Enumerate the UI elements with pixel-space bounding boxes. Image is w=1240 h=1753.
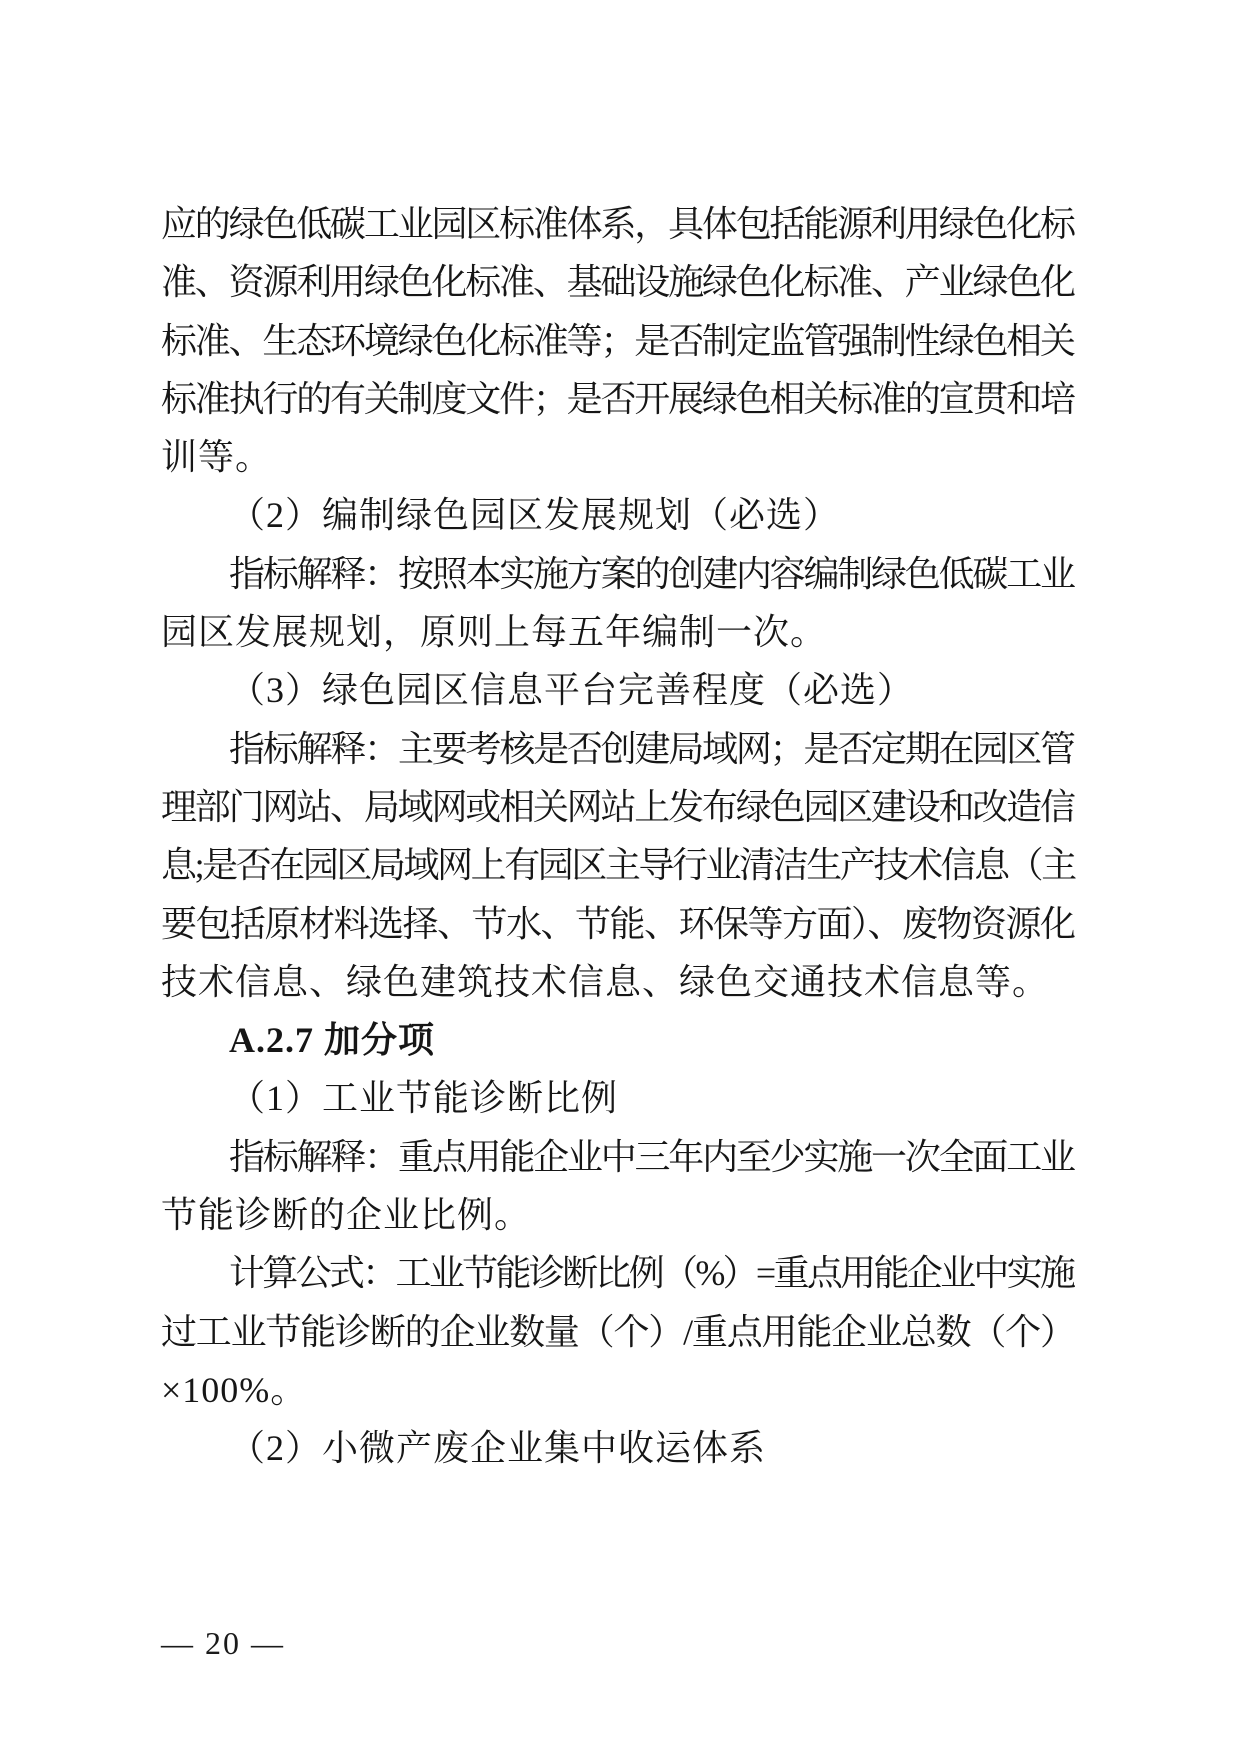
document-page: 应的绿色低碳工业园区标准体系，具体包括能源利用绿色化标准、资源利用绿色化标准、基…	[0, 0, 1240, 1753]
text-line: ×100%。	[161, 1361, 1073, 1419]
text-line: （1）工业节能诊断比例	[161, 1069, 1073, 1127]
text-line: （3）绿色园区信息平台完善程度（必选）	[161, 661, 1073, 719]
text-line: （2）编制绿色园区发展规划（必选）	[161, 486, 1073, 544]
text-line: A.2.7 加分项	[161, 1011, 1073, 1069]
document-body: 应的绿色低碳工业园区标准体系，具体包括能源利用绿色化标准、资源利用绿色化标准、基…	[161, 195, 1073, 1478]
text-line: 训等。	[161, 428, 1073, 486]
text-line: 息;是否在园区局域网上有园区主导行业清洁生产技术信息（主	[161, 836, 1073, 894]
text-line: 指标解释：按照本实施方案的创建内容编制绿色低碳工业	[161, 545, 1073, 603]
text-line: 节能诊断的企业比例。	[161, 1186, 1073, 1244]
text-line: 技术信息、绿色建筑技术信息、绿色交通技术信息等。	[161, 953, 1073, 1011]
text-line: 要包括原材料选择、节水、节能、环保等方面）、废物资源化	[161, 895, 1073, 953]
text-line: （2）小微产废企业集中收运体系	[161, 1419, 1073, 1477]
text-line: 指标解释：重点用能企业中三年内至少实施一次全面工业	[161, 1128, 1073, 1186]
text-line: 过工业节能诊断的企业数量（个）/重点用能企业总数（个）	[161, 1303, 1073, 1361]
text-line: 指标解释：主要考核是否创建局域网；是否定期在园区管	[161, 720, 1073, 778]
page-number: — 20 —	[161, 1624, 285, 1662]
text-line: 计算公式：工业节能诊断比例（%）=重点用能企业中实施	[161, 1244, 1073, 1302]
text-line: 标准执行的有关制度文件；是否开展绿色相关标准的宣贯和培	[161, 370, 1073, 428]
text-line: 应的绿色低碳工业园区标准体系，具体包括能源利用绿色化标	[161, 195, 1073, 253]
text-line: 理部门网站、局域网或相关网站上发布绿色园区建设和改造信	[161, 778, 1073, 836]
text-line: 准、资源利用绿色化标准、基础设施绿色化标准、产业绿色化	[161, 253, 1073, 311]
text-line: 标准、生态环境绿色化标准等；是否制定监管强制性绿色相关	[161, 312, 1073, 370]
text-line: 园区发展规划，原则上每五年编制一次。	[161, 603, 1073, 661]
